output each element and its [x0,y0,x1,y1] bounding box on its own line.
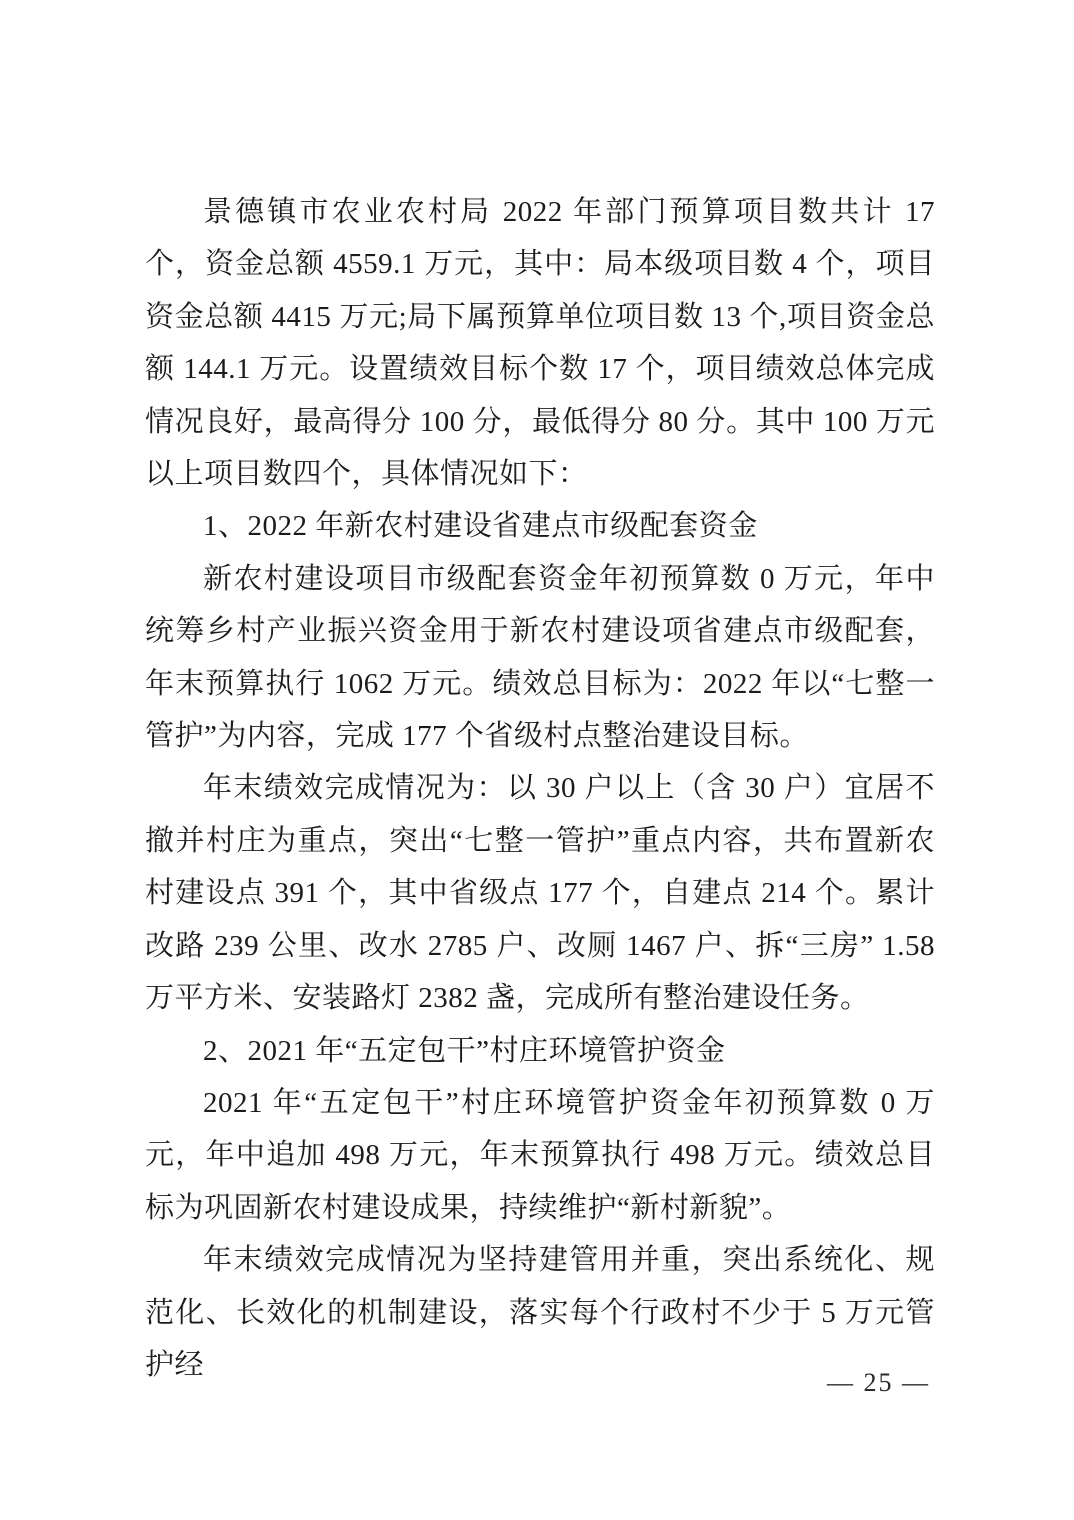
paragraph-overview: 景德镇市农业农村局 2022 年部门预算项目数共计 17 个，资金总额 4559… [145,186,935,500]
document-page: 景德镇市农业农村局 2022 年部门预算项目数共计 17 个，资金总额 4559… [0,0,1074,1520]
paragraph-project-2-budget: 2021 年“五定包干”村庄环境管护资金年初预算数 0 万元，年中追加 498 … [145,1077,935,1234]
paragraph-project-2-performance: 年末绩效完成情况为坚持建管用并重，突出系统化、规范化、长效化的机制建设，落实每个… [145,1234,935,1391]
heading-project-2: 2、2021 年“五定包干”村庄环境管护资金 [145,1025,935,1077]
paragraph-project-1-budget: 新农村建设项目市级配套资金年初预算数 0 万元，年中统筹乡村产业振兴资金用于新农… [145,553,935,763]
heading-project-1: 1、2022 年新农村建设省建点市级配套资金 [145,500,935,552]
document-body: 景德镇市农业农村局 2022 年部门预算项目数共计 17 个，资金总额 4559… [145,186,935,1391]
paragraph-project-1-performance: 年末绩效完成情况为：以 30 户以上（含 30 户）宜居不撤并村庄为重点，突出“… [145,762,935,1024]
page-number: — 25 — [827,1368,930,1398]
